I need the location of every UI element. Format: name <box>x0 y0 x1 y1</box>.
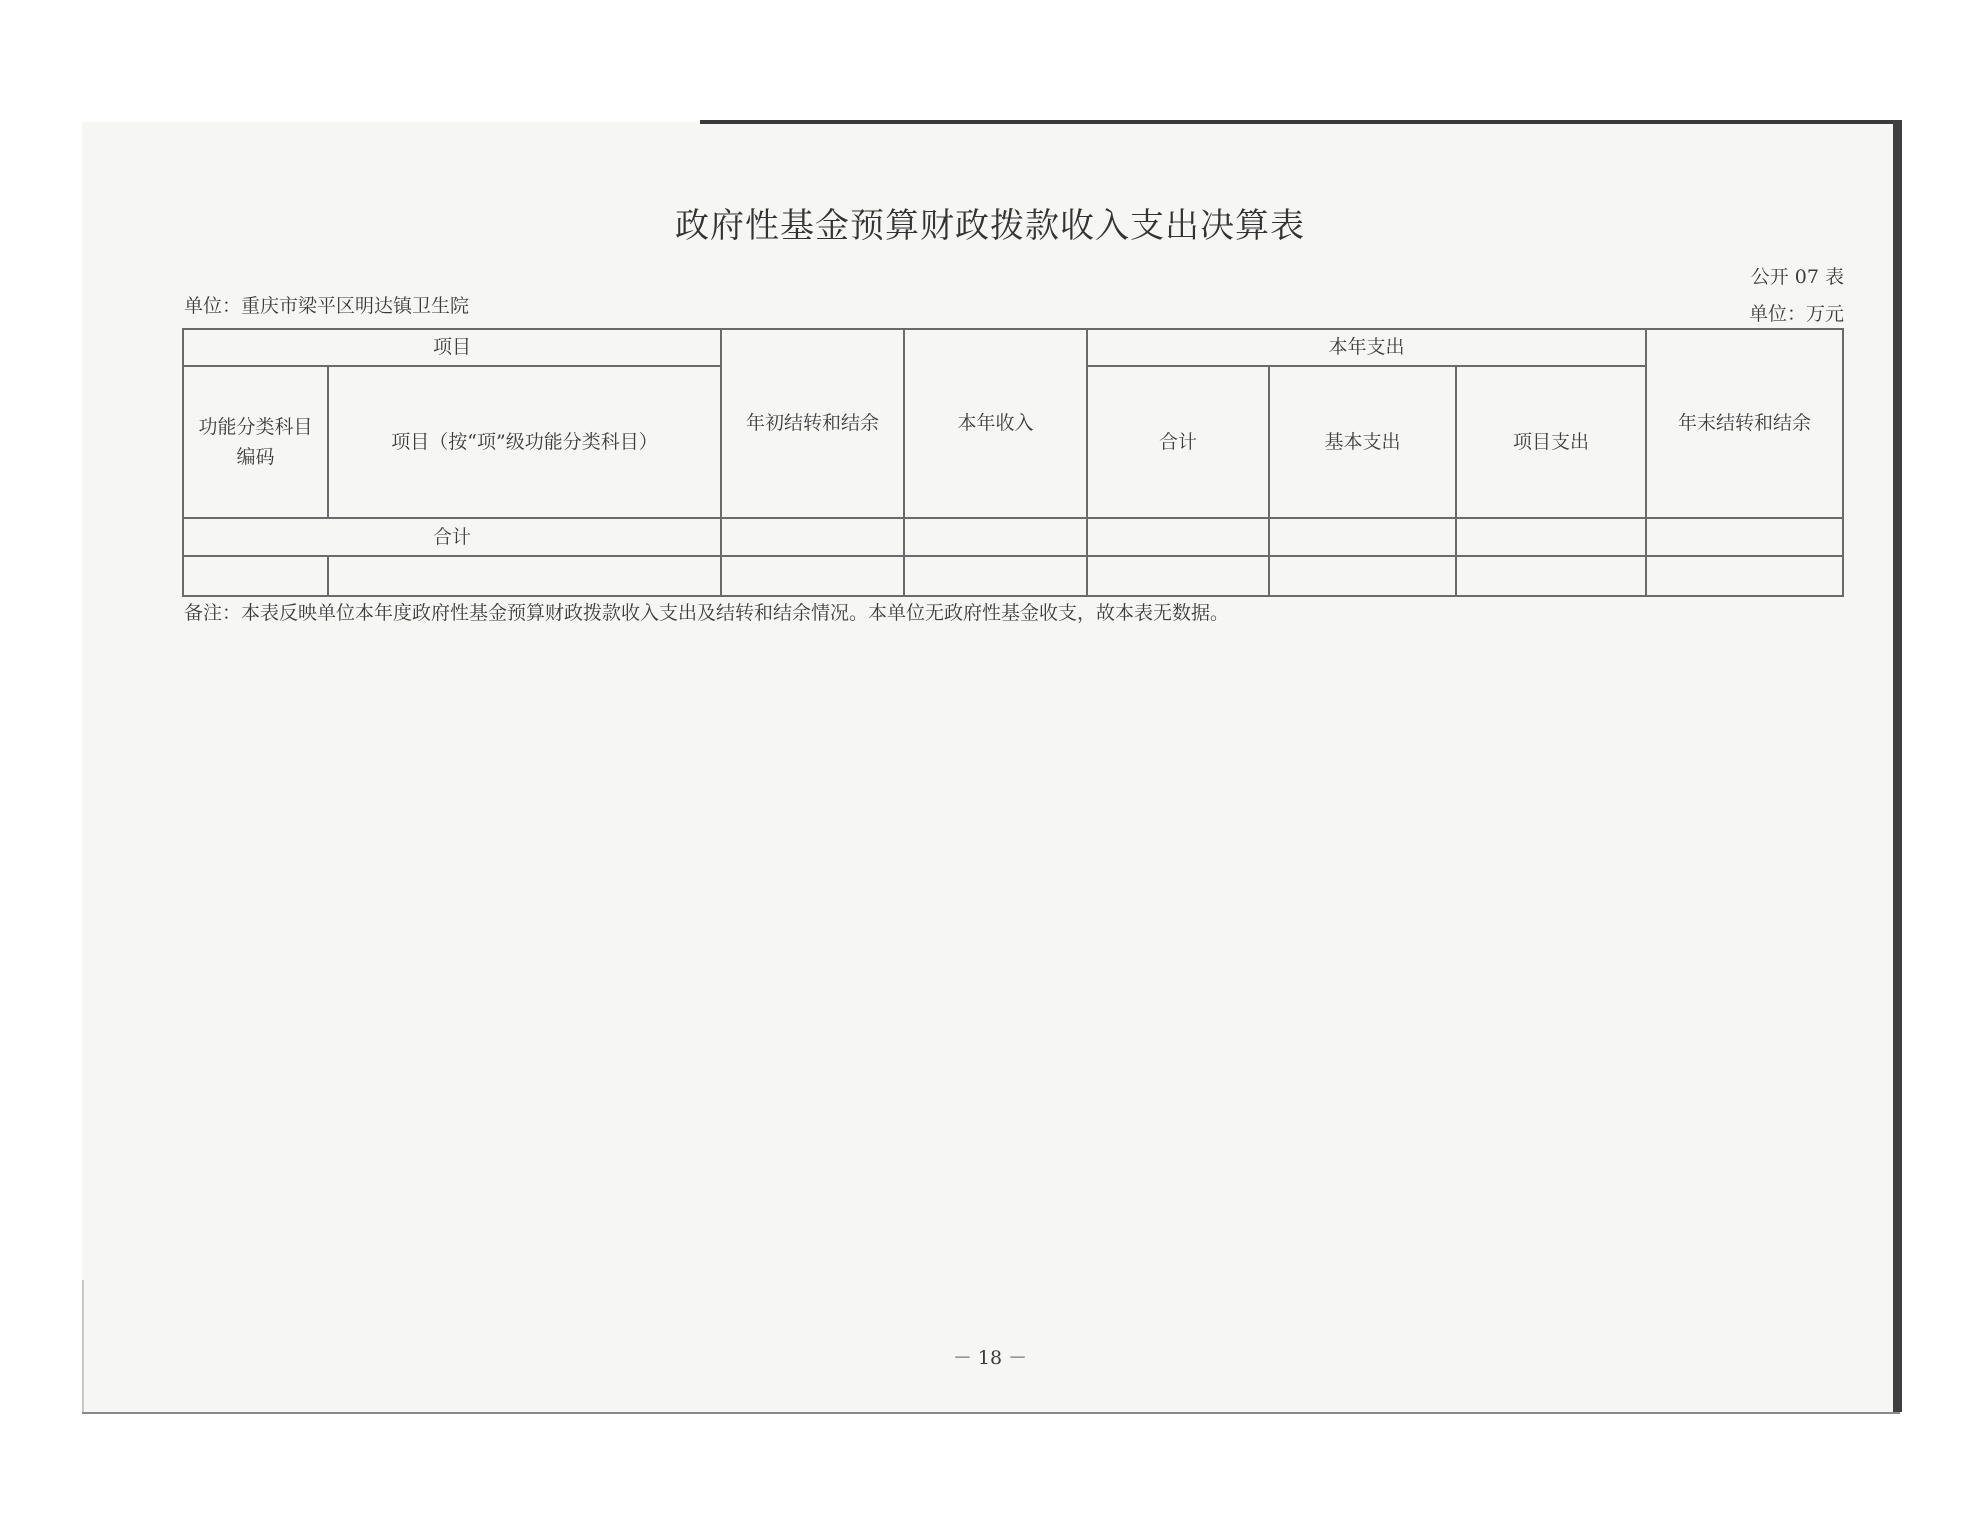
header-item-name: 项目（按“项”级功能分类科目） <box>328 366 721 518</box>
total-opening-balance <box>721 518 904 556</box>
page-edge-shadow-top <box>700 120 1900 124</box>
page-edge-shadow-right <box>1893 120 1902 1412</box>
total-expense-total <box>1087 518 1269 556</box>
row-func-code <box>183 556 328 596</box>
header-item-group: 项目 <box>183 329 721 366</box>
total-closing-balance <box>1646 518 1843 556</box>
table-total-row: 合计 <box>183 518 1843 556</box>
document-title: 政府性基金预算财政拨款收入支出决算表 <box>0 198 1980 247</box>
row-opening-balance <box>721 556 904 596</box>
total-current-income <box>904 518 1087 556</box>
header-basic-expense: 基本支出 <box>1269 366 1456 518</box>
table-note: 备注：本表反映单位本年度政府性基金预算财政拨款收入支出及结转和结余情况。本单位无… <box>184 598 1229 625</box>
header-opening-balance: 年初结转和结余 <box>721 329 904 518</box>
header-func-code-line1: 功能分类科目 <box>184 412 327 442</box>
currency-unit: 单位：万元 <box>1749 299 1844 326</box>
header-func-code-line2: 编码 <box>184 442 327 472</box>
row-closing-balance <box>1646 556 1843 596</box>
form-number: 公开 07 表 <box>1751 262 1844 289</box>
row-expense-total <box>1087 556 1269 596</box>
header-current-expense-group: 本年支出 <box>1087 329 1646 366</box>
total-row-label: 合计 <box>183 518 721 556</box>
header-closing-balance: 年末结转和结余 <box>1646 329 1843 518</box>
table-row <box>183 556 1843 596</box>
budget-table: 项目 年初结转和结余 本年收入 本年支出 年末结转和结余 功能分类科目 编码 项… <box>182 328 1844 597</box>
header-func-code: 功能分类科目 编码 <box>183 366 328 518</box>
row-current-income <box>904 556 1087 596</box>
total-basic-expense <box>1269 518 1456 556</box>
page-number: － 18 － <box>0 1343 1980 1370</box>
row-item-name <box>328 556 721 596</box>
organization-unit: 单位：重庆市梁平区明达镇卫生院 <box>184 291 469 318</box>
header-current-income: 本年收入 <box>904 329 1087 518</box>
row-project-expense <box>1456 556 1646 596</box>
header-project-expense: 项目支出 <box>1456 366 1646 518</box>
header-expense-total: 合计 <box>1087 366 1269 518</box>
total-project-expense <box>1456 518 1646 556</box>
row-basic-expense <box>1269 556 1456 596</box>
